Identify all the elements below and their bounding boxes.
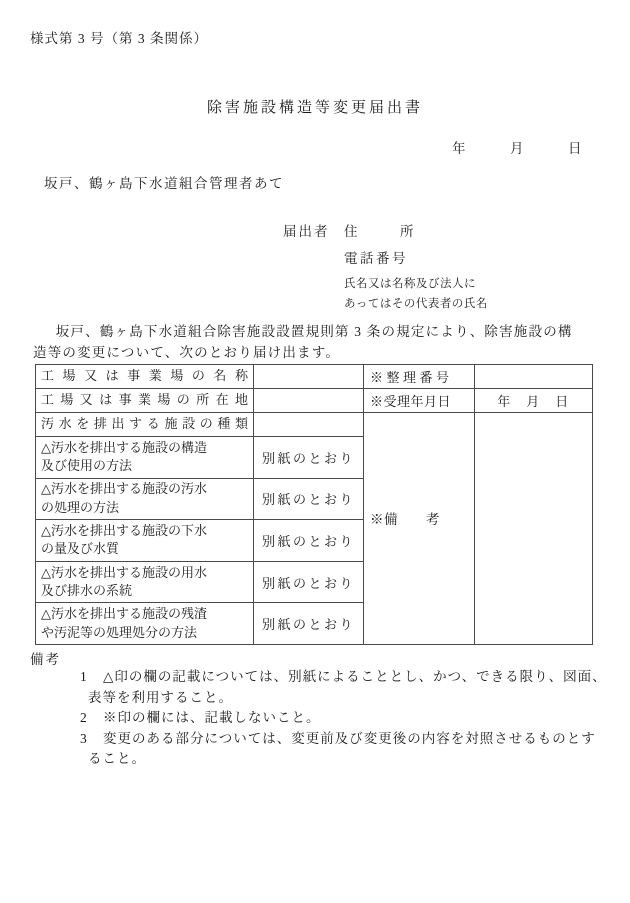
sewage-quantity-quality-value: 別紙のとおり xyxy=(254,520,364,562)
body-paragraph: 坂戸、鶴ヶ島下水道組合除害施設設置規則第 3 条の規定により、除害施設の構 造等… xyxy=(33,321,611,363)
applicant-name-note-line1: 氏名又は名称及び法人に xyxy=(344,274,488,294)
applicant-name-note-line2: あってはその代表者の氏名 xyxy=(344,294,488,314)
application-table: 工場又は事業場の名称 ※整理番号 工場又は事業場の所在地 ※受理年月日 年 月 … xyxy=(35,364,593,645)
water-drainage-system-label: △汚水を排出する施設の用水 及び排水の系統 xyxy=(36,561,254,603)
ref-number-label: ※整理番号 xyxy=(364,365,475,389)
treatment-method-label: △汚水を排出する施設の汚水 の処理の方法 xyxy=(36,478,254,520)
ref-number-value-cell xyxy=(475,365,593,389)
table-row: 工場又は事業場の所在地 ※受理年月日 年 月 日 xyxy=(36,389,593,413)
notes-heading: 備考 xyxy=(30,648,61,668)
table-row: 汚水を排出する施設の種類 ※備 考 xyxy=(36,413,593,437)
notes-list: 1△印の欄の記載については、別紙によることとし、かつ、できる限り、図面、 表等を… xyxy=(33,667,613,770)
facility-type-label: 汚水を排出する施設の種類 xyxy=(36,413,254,437)
factory-location-value-cell xyxy=(254,389,364,413)
facility-type-value-cell xyxy=(254,413,364,437)
note-item-3: 3変更のある部分については、変更前及び変更後の内容を対照させるものとす ること。 xyxy=(33,729,613,770)
note-text: 変更のある部分については、変更前及び変更後の内容を対照させるものとす ること。 xyxy=(88,731,596,767)
note-number: 1 xyxy=(80,667,103,688)
factory-location-label: 工場又は事業場の所在地 xyxy=(36,389,254,413)
applicant-phone-label: 電話番号 xyxy=(344,247,488,267)
sewage-quantity-quality-label: △汚水を排出する施設の下水 の量及び水質 xyxy=(36,520,254,562)
water-drainage-system-value: 別紙のとおり xyxy=(254,561,364,603)
addressee-line: 坂戸、鶴ヶ島下水道組合管理者あて xyxy=(44,172,284,192)
remarks-label-cell: ※備 考 xyxy=(364,413,475,645)
residue-sludge-disposal-value: 別紙のとおり xyxy=(254,603,364,645)
table-row: 工場又は事業場の名称 ※整理番号 xyxy=(36,365,593,389)
note-number: 3 xyxy=(80,729,103,750)
structure-usage-label: △汚水を排出する施設の構造 及び使用の方法 xyxy=(36,437,254,479)
document-page: 様式第 3 号（第 3 条関係） 除害施設構造等変更届出書 年 月 日 坂戸、鶴… xyxy=(0,0,630,903)
factory-name-label: 工場又は事業場の名称 xyxy=(36,365,254,389)
document-title: 除害施設構造等変更届出書 xyxy=(0,96,630,117)
note-item-1: 1△印の欄の記載については、別紙によることとし、かつ、できる限り、図面、 表等を… xyxy=(33,667,613,708)
header-date-line: 年 月 日 xyxy=(452,137,583,157)
received-date-label: ※受理年月日 xyxy=(364,389,475,413)
applicant-address-label: 住 所 xyxy=(344,220,488,240)
treatment-method-value: 別紙のとおり xyxy=(254,478,364,520)
remarks-value-cell xyxy=(475,413,593,645)
note-text: △印の欄の記載については、別紙によることとし、かつ、できる限り、図面、 表等を利… xyxy=(88,669,607,705)
applicant-block: 住 所 電話番号 氏名又は名称及び法人に あってはその代表者の氏名 xyxy=(344,220,488,314)
residue-sludge-disposal-label: △汚水を排出する施設の残渣 や汚泥等の処理処分の方法 xyxy=(36,603,254,645)
note-number: 2 xyxy=(80,708,103,729)
received-date-value-cell: 年 月 日 xyxy=(475,389,593,413)
note-text: ※印の欄には、記載しないこと。 xyxy=(103,710,321,725)
note-item-2: 2※印の欄には、記載しないこと。 xyxy=(33,708,613,729)
structure-usage-value: 別紙のとおり xyxy=(254,437,364,479)
applicant-label: 届出者 xyxy=(283,220,330,240)
form-number: 様式第 3 号（第 3 条関係） xyxy=(30,27,208,47)
factory-name-value-cell xyxy=(254,365,364,389)
